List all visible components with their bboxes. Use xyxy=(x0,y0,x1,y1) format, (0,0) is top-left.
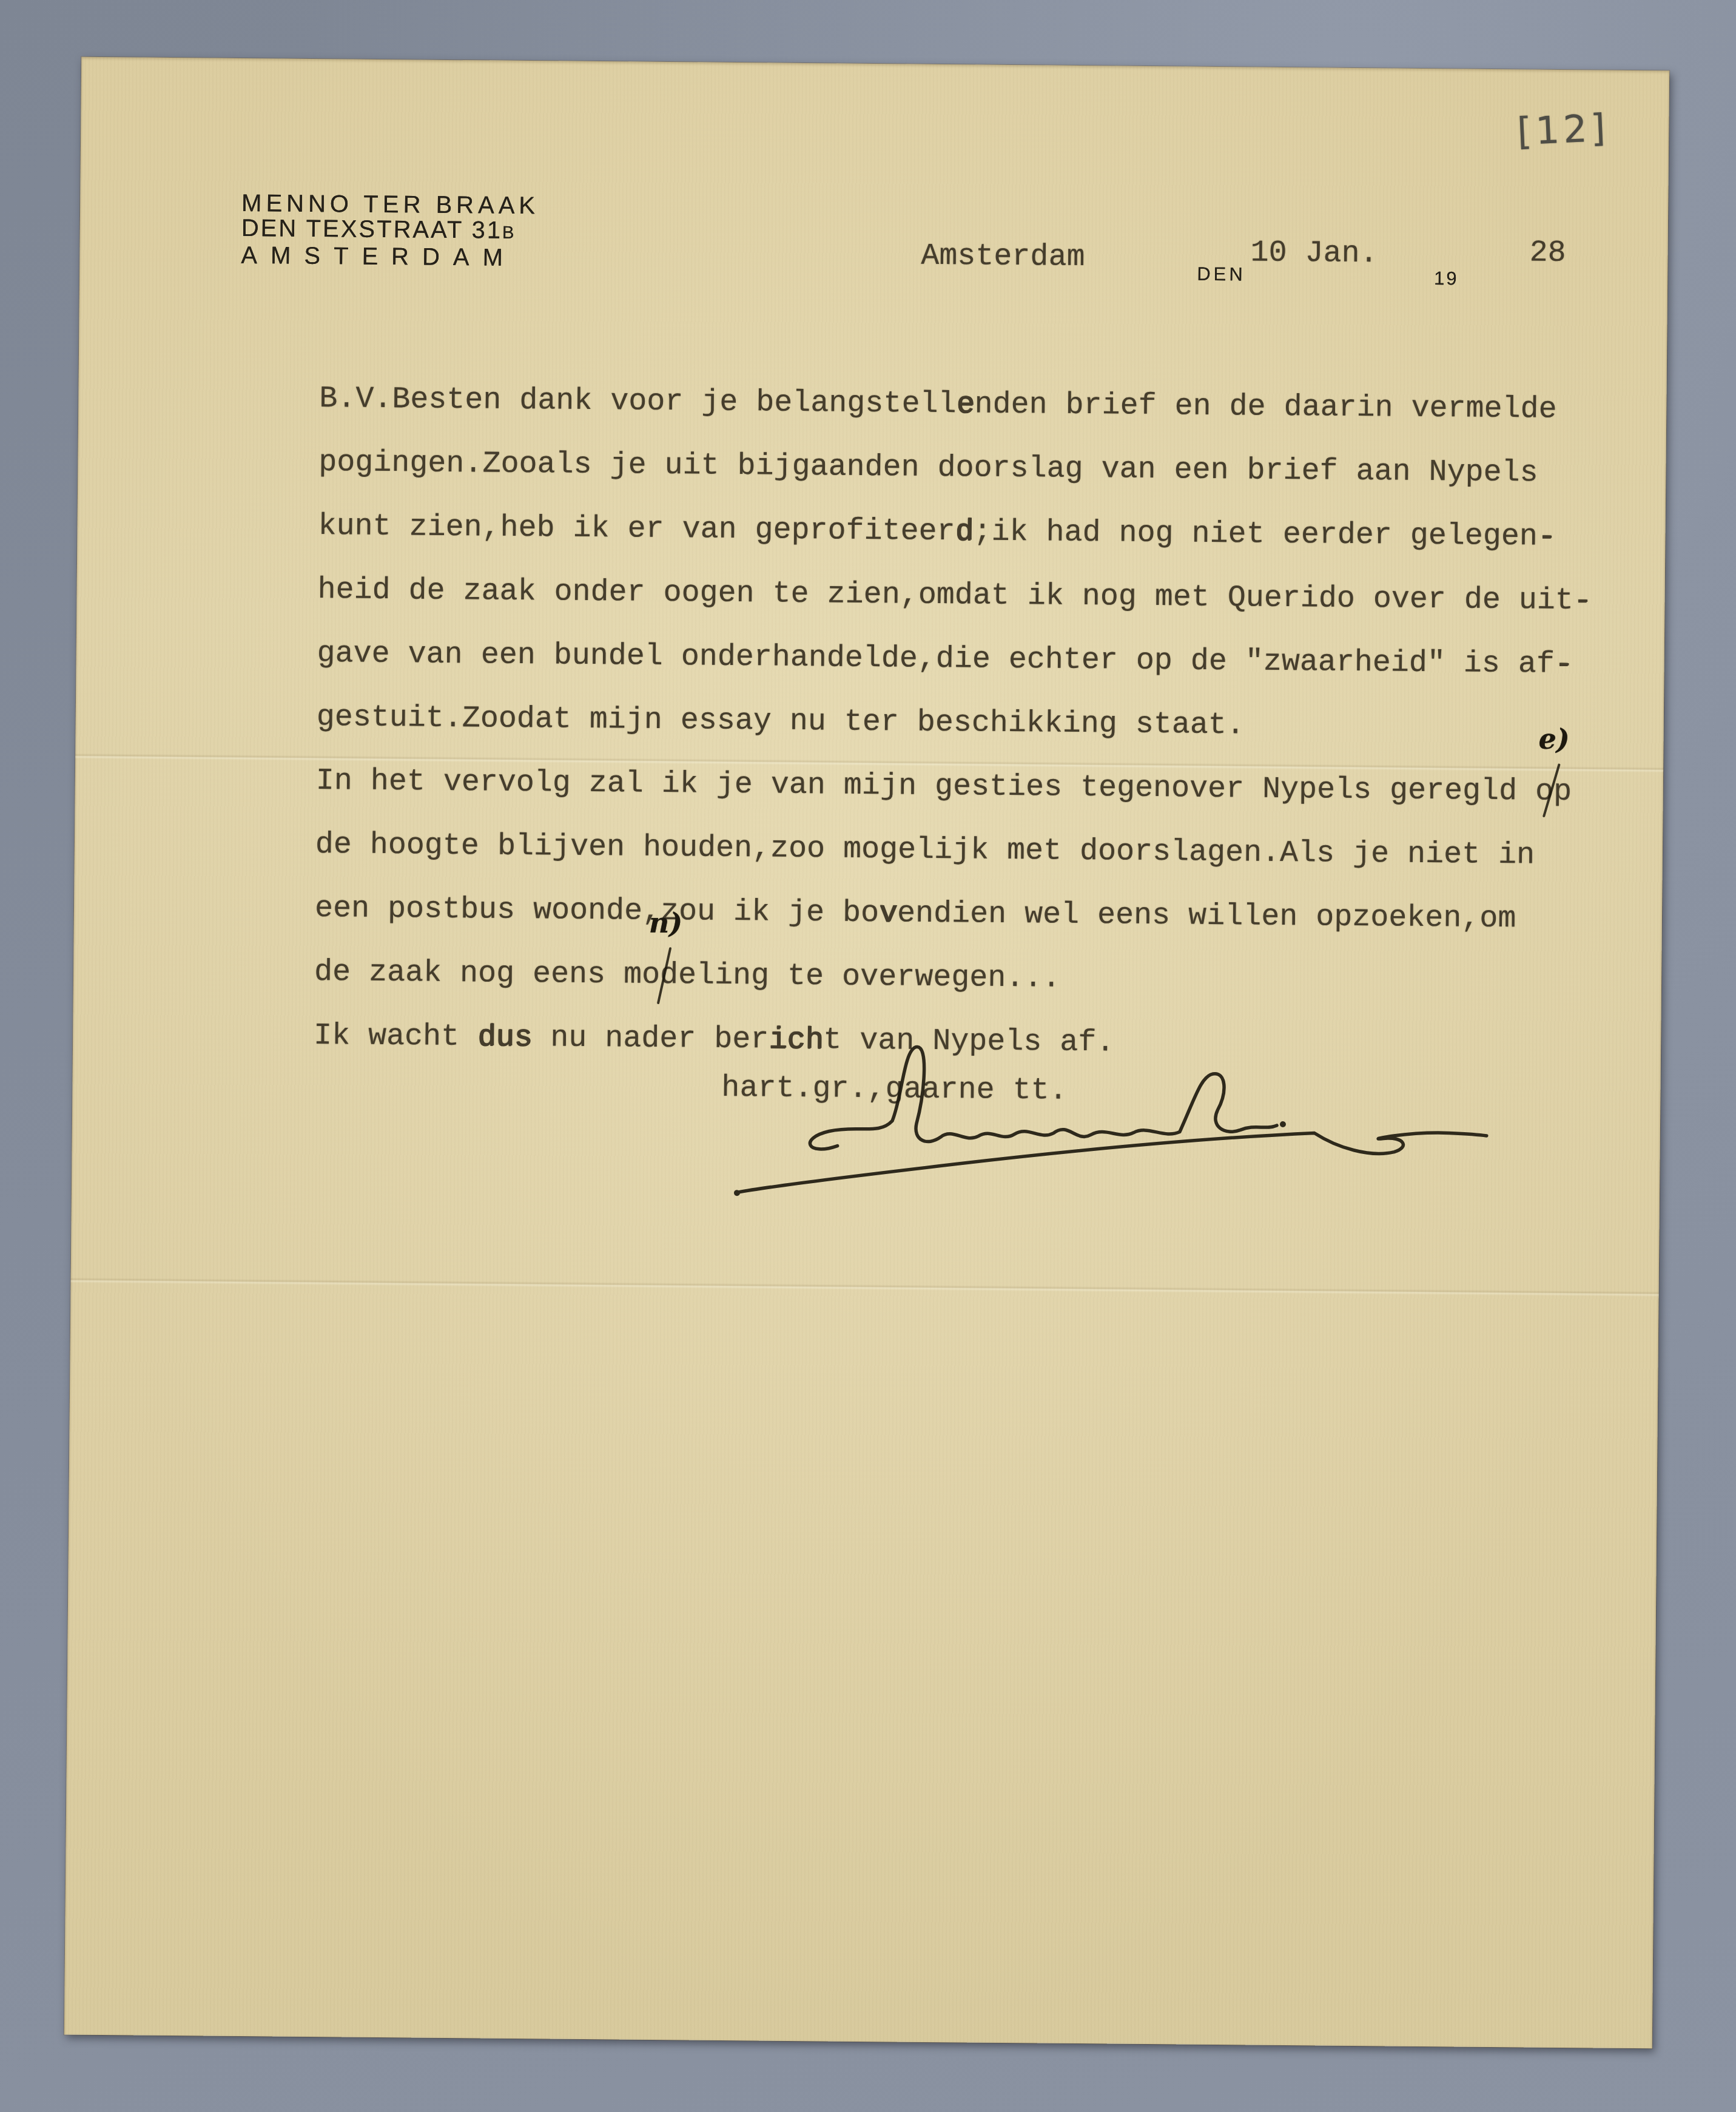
typed-city: Amsterdam xyxy=(921,239,1085,275)
body-line: B.V.Besten dank voor je belangstellenden… xyxy=(319,367,1593,442)
body-line: de zaak nog eens modeling te overwegen..… xyxy=(314,940,1589,1015)
body-line: kunt zien,heb ik er van geprofiteerd;ik … xyxy=(318,494,1592,569)
letterhead-street: DEN TEXSTRAAT 31B xyxy=(241,215,516,245)
body-line: In het vervolg zal ik je van mijn gestie… xyxy=(315,749,1590,824)
body-line: heid de zaak onder oogen te zien,omdat i… xyxy=(317,558,1592,633)
body-line: Ik wacht dus nu nader bericht van Nypels… xyxy=(314,1004,1588,1079)
letterhead-street-suffix: B xyxy=(502,223,516,243)
letter-sheet: [12] MENNO TER BRAAK DEN TEXSTRAAT 31B A… xyxy=(64,57,1669,2049)
body-line: gave van een bundel onderhandelde,die ec… xyxy=(317,622,1591,697)
letterhead: MENNO TER BRAAK DEN TEXSTRAAT 31B AMSTER… xyxy=(81,57,1669,71)
body-line: pogingen.Zooals je uit bijgaanden doorsl… xyxy=(318,431,1593,505)
letterhead-street-main: DEN TEXSTRAAT 31 xyxy=(241,215,503,244)
printed-den-label: DEN xyxy=(1197,263,1246,286)
fold-crease xyxy=(71,1278,1659,1297)
closing-salutation: hart.gr.,gaarne tt. xyxy=(721,1071,1068,1108)
letterhead-city: AMSTERDAM xyxy=(241,242,516,272)
handwritten-insertion-n: n) xyxy=(649,906,683,939)
handwritten-insertion-e: e) xyxy=(1538,723,1570,755)
typed-year: 28 xyxy=(1529,235,1566,271)
body-line: de hoogte blijven houden,zoo mogelijk me… xyxy=(315,813,1589,888)
scan-background: [12] MENNO TER BRAAK DEN TEXSTRAAT 31B A… xyxy=(0,0,1736,2112)
archival-page-number: [12] xyxy=(1516,106,1610,154)
dateline: Amsterdam DEN 10 Jan. 19 28 xyxy=(81,57,1669,71)
typed-day-month: 10 Jan. xyxy=(1250,235,1378,271)
printed-century: 19 xyxy=(1434,268,1459,289)
body-line: gestuit.Zoodat mijn essay nu ter beschik… xyxy=(316,686,1590,760)
letter-body: B.V.Besten dank voor je belangstellenden… xyxy=(314,367,1593,1079)
body-line: een postbus woonde,zou ik je bovendien w… xyxy=(315,877,1589,951)
